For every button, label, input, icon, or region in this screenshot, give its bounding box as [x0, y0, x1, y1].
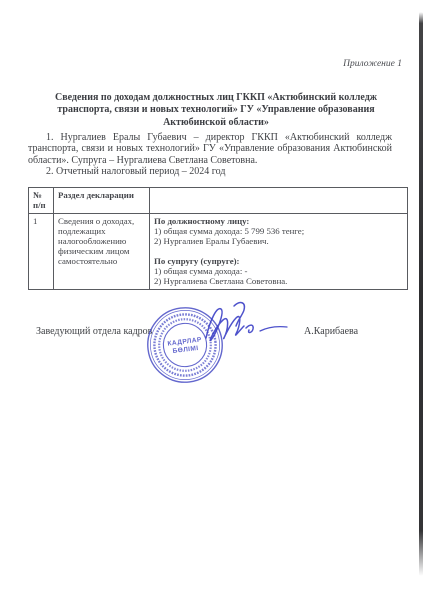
column-header-details [150, 188, 408, 214]
document-title-line: Актюбинской области» [38, 117, 394, 129]
row-number-cell: 1 [29, 214, 54, 290]
spouse-name-item: 2) Нургалиева Светлана Советовна. [154, 276, 403, 286]
row-details-cell: По должностному лицу: 1) общая сумма дох… [150, 214, 408, 290]
appendix-annotation: Приложение 1 [0, 59, 402, 69]
signer-name: А.Карибаева [304, 326, 358, 337]
table-header-row: № п/п Раздел декларации [29, 188, 408, 214]
scan-edge-shadow [419, 12, 423, 576]
document-title-line: транспорта, связи и новых технологий» ГУ… [38, 104, 394, 116]
table-row: 1 Сведения о доходах, подлежащих налогоо… [29, 214, 408, 290]
handwritten-signature [190, 296, 300, 354]
official-heading: По должностному лицу: [154, 216, 403, 226]
declaration-table: № п/п Раздел декларации 1 Сведения о дох… [28, 187, 408, 290]
official-name-item: 2) Нургалиев Ералы Губаевич. [154, 236, 403, 246]
column-header-section: Раздел декларации [54, 188, 150, 214]
column-header-number: № п/п [29, 188, 54, 214]
signature-graphic [190, 296, 300, 354]
position-label: Заведующий отдела кадров [36, 326, 152, 337]
details-spacer [154, 246, 403, 256]
paragraph-period: 2. Отчетный налоговый период – 2024 год [28, 166, 392, 177]
document-title: Сведения по доходам должностных лиц ГККП… [38, 92, 394, 129]
spouse-heading: По супругу (супруге): [154, 256, 403, 266]
intro-paragraphs: 1. Нургалиев Ералы Губаевич – директор Г… [28, 132, 392, 177]
document-title-line: Сведения по доходам должностных лиц ГККП… [38, 92, 394, 104]
spouse-income-item: 1) общая сумма дохода: - [154, 266, 403, 276]
paragraph-person: 1. Нургалиев Ералы Губаевич – директор Г… [28, 132, 392, 166]
official-income-item: 1) общая сумма дохода: 5 799 536 тенге; [154, 226, 403, 236]
document-page: Приложение 1 Сведения по доходам должнос… [0, 0, 424, 600]
row-section-cell: Сведения о доходах, подлежащих налогообл… [54, 214, 150, 290]
